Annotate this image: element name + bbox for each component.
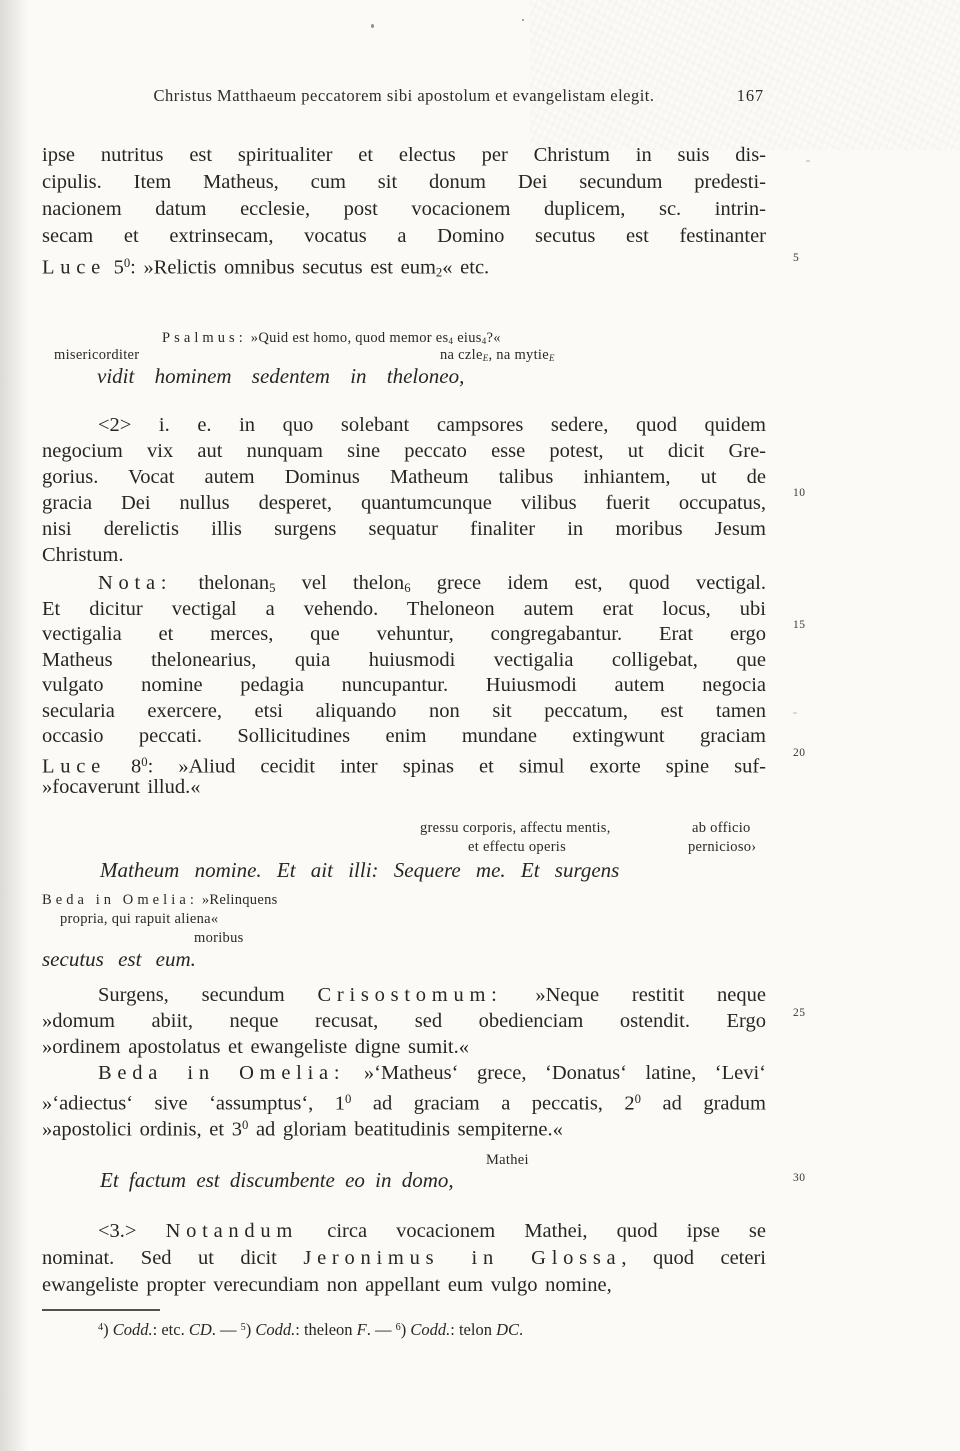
text-segment: Jeronimus in Glossa — [303, 1247, 621, 1269]
text-segment: »ordinem apostolatus et ewangeliste dign… — [42, 1036, 469, 1058]
text-line: gorius. Vocat autem Dominus Matheum tali… — [42, 464, 766, 490]
text-segment: ewangeliste propter verecundiam non appe… — [42, 1274, 612, 1296]
latin-paragraph-3: Nota: thelonan5 vel thelon6 grece idem e… — [42, 571, 766, 801]
interlinear-gloss-effectu: et effectu operis — [468, 839, 566, 856]
interlinear-gloss-ab-officio: ab officio — [692, 820, 751, 837]
text-line: negocium vix aut nunquam sine peccato es… — [42, 438, 766, 464]
scan-speck — [793, 712, 797, 714]
text-segment: Surgens, secundum — [98, 984, 318, 1006]
text-segment: »Relinquens — [198, 892, 278, 908]
margin-line-number-25: 25 — [793, 1007, 805, 1019]
text-line: nominat. Sed ut dicit Jeronimus in Gloss… — [42, 1245, 766, 1272]
lemma-et-factum-est: Et factum est discumbente eo in domo, — [100, 1168, 454, 1193]
margin-line-number-15: 15 — [793, 619, 805, 631]
footnote-line: 4) Codd.: etc. CD. — 5) Codd.: theleon F… — [42, 1320, 766, 1340]
text-segment: gorius. Vocat autem Dominus Matheum tali… — [42, 466, 766, 488]
interlinear-gloss-pernicioso: pernicioso› — [688, 839, 756, 856]
apparatus-psalmus: Psalmus: »Quid est homo, quod memor es4 … — [162, 330, 501, 347]
text-segment: 8 — [106, 755, 141, 777]
text-segment: eius — [453, 330, 481, 346]
lemma-matheum-nomine: Matheum nomine. Et ait illi: Sequere me.… — [100, 858, 619, 883]
latin-paragraph-4: Surgens, secundum Crisostomum: »Neque re… — [42, 982, 766, 1060]
text-segment: <3.> — [98, 1220, 166, 1242]
text-segment: »Neque restitit neque — [503, 984, 766, 1006]
gloss-block-matheum: gressu corporis, affectu mentis, ab offi… — [42, 820, 802, 970]
text-line: »domum abiit, neque recusat, sed obedien… — [42, 1008, 766, 1034]
text-segment: , na mytie — [488, 347, 548, 363]
text-line: gracia Dei nullus desperet, quantumcunqu… — [42, 490, 766, 516]
text-segment: nisi derelictis illis surgens sequatur f… — [42, 518, 766, 540]
text-segment: »focaverunt illud.« — [42, 776, 200, 798]
latin-paragraph-6: <3.> Notandum circa vocacionem Mathei, q… — [42, 1218, 766, 1299]
apparatus-beda-2: propria, qui rapuit aliena« — [60, 911, 218, 928]
text-segment: ) — [103, 1320, 113, 1339]
text-segment: . — [519, 1320, 523, 1339]
latin-paragraph-1: ipse nutritus est spiritualiter et elect… — [42, 142, 766, 277]
scanned-book-page: Christus Matthaeum peccatorem sibi apost… — [0, 0, 960, 1451]
text-line: Luce 80: »Aliud cecidit inter spinas et … — [42, 750, 766, 776]
running-title: Christus Matthaeum peccatorem sibi apost… — [153, 86, 654, 105]
text-line: Et dicitur vectigal a vehendo. Theloneon… — [42, 597, 766, 623]
text-segment: DC — [496, 1320, 519, 1339]
text-line: occasio peccati. Sollicitudines enim mun… — [42, 724, 766, 750]
text-segment: F — [357, 1320, 367, 1339]
text-line: Beda in Omelia: »‘Matheus‘ grece, ‘Donat… — [42, 1060, 766, 1086]
text-line: cipulis. Item Matheus, cum sit donum Dei… — [42, 169, 766, 196]
text-segment: ) — [401, 1320, 411, 1339]
text-line: Matheus thelonearius, quia huiusmodi vec… — [42, 648, 766, 674]
interlinear-gloss-mathei: Mathei — [486, 1152, 529, 1169]
text-segment: ad gloriam beatitudinis sempiterne.« — [248, 1118, 563, 1140]
text-segment: ad gradum — [641, 1092, 766, 1114]
lemma-secutus-est-eum: secutus est eum. — [42, 947, 196, 972]
text-segment: cipulis. Item Matheus, cum sit donum Dei… — [42, 171, 766, 193]
text-segment: . — — [367, 1320, 396, 1339]
text-line: »‘adiectus‘ sive ‘assumptus‘, 10 ad grac… — [42, 1086, 766, 1112]
text-segment: »Quid est homo, quod memor es — [247, 330, 449, 346]
margin-line-number-5: 5 — [793, 252, 799, 264]
text-segment: nacionem datum ecclesie, post vocacionem… — [42, 198, 766, 220]
text-segment: »‘Matheus‘ grece, ‘Donatus‘ latine, ‘Lev… — [345, 1062, 766, 1084]
text-line: ipse nutritus est spiritualiter et elect… — [42, 142, 766, 169]
text-segment: ?« — [487, 330, 501, 346]
text-segment: <2> i. e. in quo solebant campsores sede… — [98, 414, 766, 436]
text-segment: »apostolici ordinis, et 3 — [42, 1118, 242, 1140]
text-segment: negocium vix aut nunquam sine peccato es… — [42, 440, 766, 462]
text-segment: »domum abiit, neque recusat, sed obedien… — [42, 1010, 766, 1032]
text-segment: Beda in Omelia: — [42, 892, 198, 908]
margin-line-number-20: 20 — [793, 747, 805, 759]
text-segment: Beda in Omelia: — [98, 1062, 345, 1084]
interlinear-gloss-polish: na czleE, na mytieE — [440, 347, 555, 364]
scan-speck — [806, 160, 810, 162]
text-segment: ) — [246, 1320, 256, 1339]
text-segment: Luce — [42, 256, 106, 278]
text-line: »apostolici ordinis, et 30 ad gloriam be… — [42, 1112, 766, 1138]
text-segment: grece idem est, quod vectigal. — [411, 572, 766, 594]
text-segment: occasio peccati. Sollicitudines enim mun… — [42, 725, 766, 747]
lemma-vidit-hominem: vidit hominem sedentem in theloneo, — [97, 364, 464, 389]
gloss-block-psalmus: Psalmus: »Quid est homo, quod memor es4 … — [42, 330, 802, 394]
page-number: 167 — [737, 86, 764, 106]
text-segment: vel thelon — [275, 572, 404, 594]
scan-paper-texture — [530, 0, 960, 150]
text-line: nisi derelictis illis surgens sequatur f… — [42, 516, 766, 542]
text-line: Christum. — [42, 542, 766, 568]
text-line: secularia exercere, etsi aliquando non s… — [42, 699, 766, 725]
text-segment: : theleon — [295, 1320, 356, 1339]
text-segment: : »Aliud cecidit inter spinas et simul e… — [148, 755, 766, 777]
text-segment: vectigalia et merces, que vehuntur, cong… — [42, 623, 766, 645]
text-segment: Psalmus: — [162, 330, 247, 346]
margin-line-number-10: 10 — [793, 487, 805, 499]
text-line: Luce 50: »Relictis omnibus secutus est e… — [42, 250, 766, 277]
text-segment: ipse nutritus est spiritualiter et elect… — [42, 144, 766, 166]
running-header: Christus Matthaeum peccatorem sibi apost… — [42, 86, 766, 106]
scan-edge-shadow — [0, 0, 28, 1451]
text-segment: Notandum — [166, 1220, 298, 1242]
text-segment: E — [549, 353, 555, 363]
interlinear-gloss-moribus: moribus — [194, 930, 244, 947]
latin-paragraph-5: Beda in Omelia: »‘Matheus‘ grece, ‘Donat… — [42, 1060, 766, 1138]
text-line: Nota: thelonan5 vel thelon6 grece idem e… — [42, 571, 766, 597]
text-line: nacionem datum ecclesie, post vocacionem… — [42, 196, 766, 223]
text-line: »ordinem apostolatus et ewangeliste dign… — [42, 1034, 766, 1060]
text-segment: 5 — [106, 256, 124, 278]
text-segment: Luce — [42, 755, 106, 777]
margin-line-number-30: 30 — [793, 1172, 805, 1184]
text-segment: Christum. — [42, 544, 123, 566]
scan-speck — [522, 19, 524, 21]
text-segment: CD — [189, 1320, 212, 1339]
text-line: Surgens, secundum Crisostomum: »Neque re… — [42, 982, 766, 1008]
text-segment: Nota: — [98, 572, 172, 594]
text-segment: thelonan — [172, 572, 269, 594]
text-segment: « etc. — [442, 256, 489, 278]
latin-paragraph-2: <2> i. e. in quo solebant campsores sede… — [42, 412, 766, 568]
text-segment: Codd. — [113, 1320, 153, 1339]
text-segment: . — — [212, 1320, 241, 1339]
text-segment: gracia Dei nullus desperet, quantumcunqu… — [42, 492, 766, 514]
text-segment: : telon — [450, 1320, 496, 1339]
scan-speck — [371, 24, 374, 28]
text-segment: circa vocacionem Mathei, quod ipse se — [298, 1220, 766, 1242]
interlinear-gloss-gressu: gressu corporis, affectu mentis, — [420, 820, 611, 837]
text-segment: nominat. Sed ut dicit — [42, 1247, 303, 1269]
text-line: vulgato nomine pedagia nuncupantur. Huiu… — [42, 673, 766, 699]
text-segment: Crisostomum: — [318, 984, 503, 1006]
text-segment: Et dicitur vectigal a vehendo. Theloneon… — [42, 598, 766, 620]
text-line: ewangeliste propter verecundiam non appe… — [42, 1272, 766, 1299]
text-segment: : »Relictis omnibus secutus est eum — [130, 256, 436, 278]
apparatus-beda-1: Beda in Omelia: »Relinquens — [42, 892, 278, 909]
text-line: vectigalia et merces, que vehuntur, cong… — [42, 622, 766, 648]
text-segment: Codd. — [410, 1320, 450, 1339]
footnote-separator-rule — [42, 1309, 160, 1311]
text-line: »focaverunt illud.« — [42, 775, 766, 801]
footnote-block: 4) Codd.: etc. CD. — 5) Codd.: theleon F… — [42, 1320, 766, 1340]
interlinear-gloss-misericorditer: misericorditer — [54, 347, 139, 364]
text-segment: : etc. — [153, 1320, 189, 1339]
text-segment: , quod ceteri — [621, 1247, 766, 1269]
text-segment: secam et extrinsecam, vocatus a Domino s… — [42, 225, 766, 247]
text-segment: Codd. — [255, 1320, 295, 1339]
text-segment: na czle — [440, 347, 483, 363]
text-line: <2> i. e. in quo solebant campsores sede… — [42, 412, 766, 438]
text-segment: Matheus thelonearius, quia huiusmodi vec… — [42, 649, 766, 671]
text-line: <3.> Notandum circa vocacionem Mathei, q… — [42, 1218, 766, 1245]
text-segment: secularia exercere, etsi aliquando non s… — [42, 700, 766, 722]
gloss-block-mathei: Mathei Et factum est discumbente eo in d… — [42, 1152, 802, 1202]
text-segment: vulgato nomine pedagia nuncupantur. Huiu… — [42, 674, 766, 696]
text-line: secam et extrinsecam, vocatus a Domino s… — [42, 223, 766, 250]
